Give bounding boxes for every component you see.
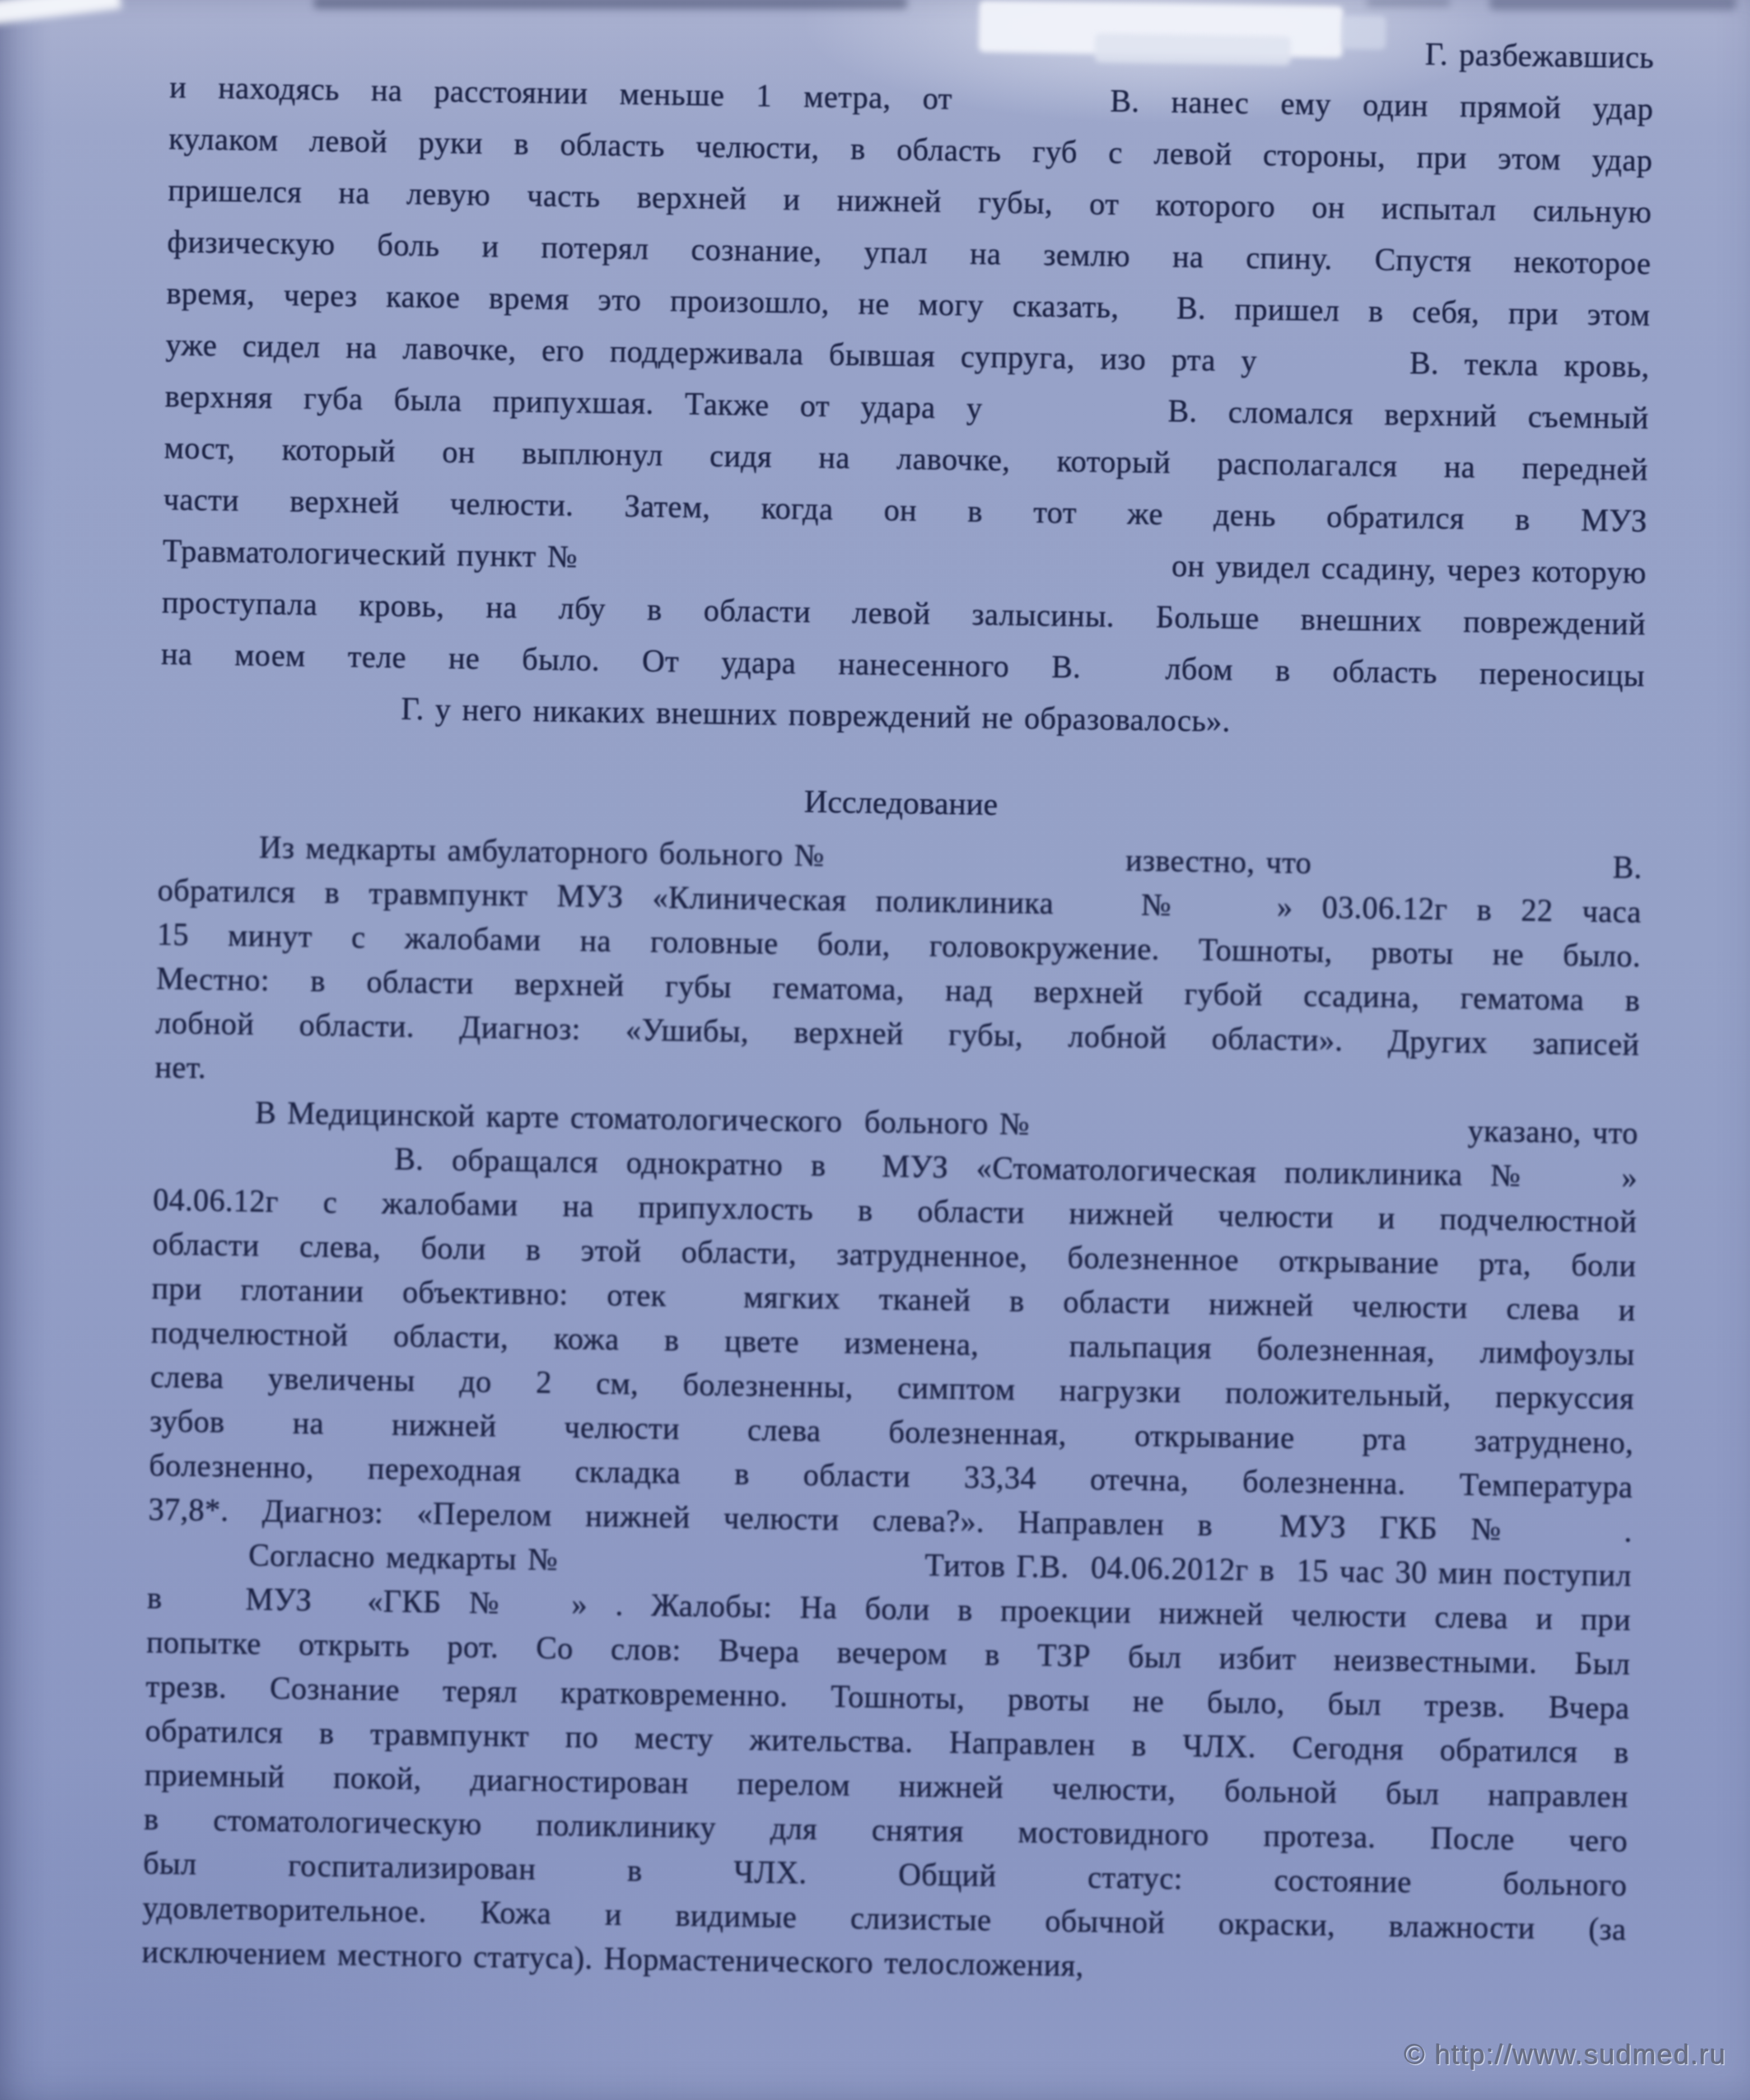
text-segment: Травматологический пункт № [162,525,578,583]
text-segment: Согласно медкарты № [248,1533,558,1582]
text-segment: В. [1612,846,1642,890]
text-segment: Из медкарты амбулаторного больного № [259,826,825,879]
text-segment: указано, что [1467,1109,1638,1156]
scanned-document-photo: Г. разбежавшисьи находясь на расстоянии … [0,0,1750,2100]
redaction-blob [1341,15,1387,49]
text-segment: известно, что [1125,839,1312,886]
watermark: © http://www.sudmed.ru [1404,2038,1727,2071]
faded-cutoff-text-smudge [1366,0,1450,7]
text-segment: он увидел ссадину, через которую [1171,540,1646,599]
redaction-blob [1095,33,1291,65]
research-paragraph: Из медкарты амбулаторного больного №изве… [142,824,1642,1996]
statement-paragraph: Г. разбежавшисьи находясь на расстоянии … [160,10,1655,753]
document-text-layer: Г. разбежавшисьи находясь на расстоянии … [0,0,1750,1998]
faded-cutoff-text-smudge [1490,0,1736,10]
